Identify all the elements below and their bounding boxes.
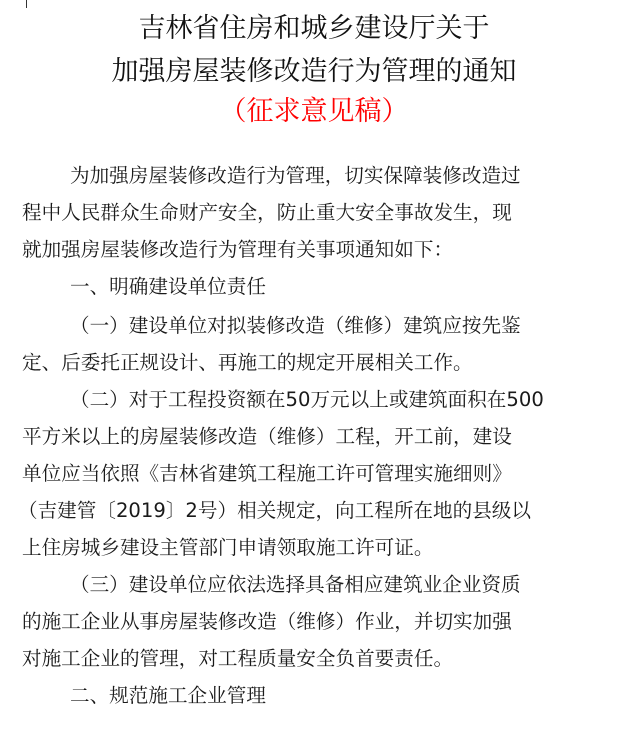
body-line: （二）对于工程投资额在50万元以上或建筑面积在500 bbox=[70, 387, 544, 413]
body-line: （一）建设单位对拟装修改造（维修）建筑应按先鉴 bbox=[70, 313, 521, 339]
body-line: 定、后委托正规设计、再施工的规定开展相关工作。 bbox=[22, 350, 473, 376]
body-line: 的施工企业从事房屋装修改造（维修）作业，并切实加强 bbox=[22, 609, 512, 635]
body-line: 对施工企业的管理，对工程质量安全负首要责任。 bbox=[22, 646, 453, 672]
body-line: 平方米以上的房屋装修改造（维修）工程，开工前，建设 bbox=[22, 424, 512, 450]
section-heading-2: 二、规范施工企业管理 bbox=[70, 683, 266, 709]
body-line: 程中人民群众生命财产安全，防止重大安全事故发生，现 bbox=[22, 200, 512, 226]
body-line: （吉建管〔2019〕2号）相关规定，向工程所在地的县级以 bbox=[18, 498, 531, 524]
text-cursor-mark bbox=[26, 0, 27, 8]
document-title-line-2: 加强房屋装修改造行为管理的通知 bbox=[0, 54, 628, 90]
document-subtitle-draft: （征求意见稿） bbox=[0, 94, 628, 130]
body-line: 单位应当依照《吉林省建筑工程施工许可管理实施细则》 bbox=[22, 461, 512, 487]
section-heading-1: 一、明确建设单位责任 bbox=[70, 274, 266, 300]
body-line: （三）建设单位应依法选择具备相应建筑业企业资质 bbox=[70, 572, 521, 598]
document-title-line-1: 吉林省住房和城乡建设厅关于 bbox=[0, 11, 628, 47]
body-line: 上住房城乡建设主管部门申请领取施工许可证。 bbox=[22, 535, 433, 561]
body-line: 为加强房屋装修改造行为管理，切实保障装修改造过 bbox=[70, 163, 521, 189]
body-line: 就加强房屋装修改造行为管理有关事项通知如下： bbox=[22, 237, 453, 263]
